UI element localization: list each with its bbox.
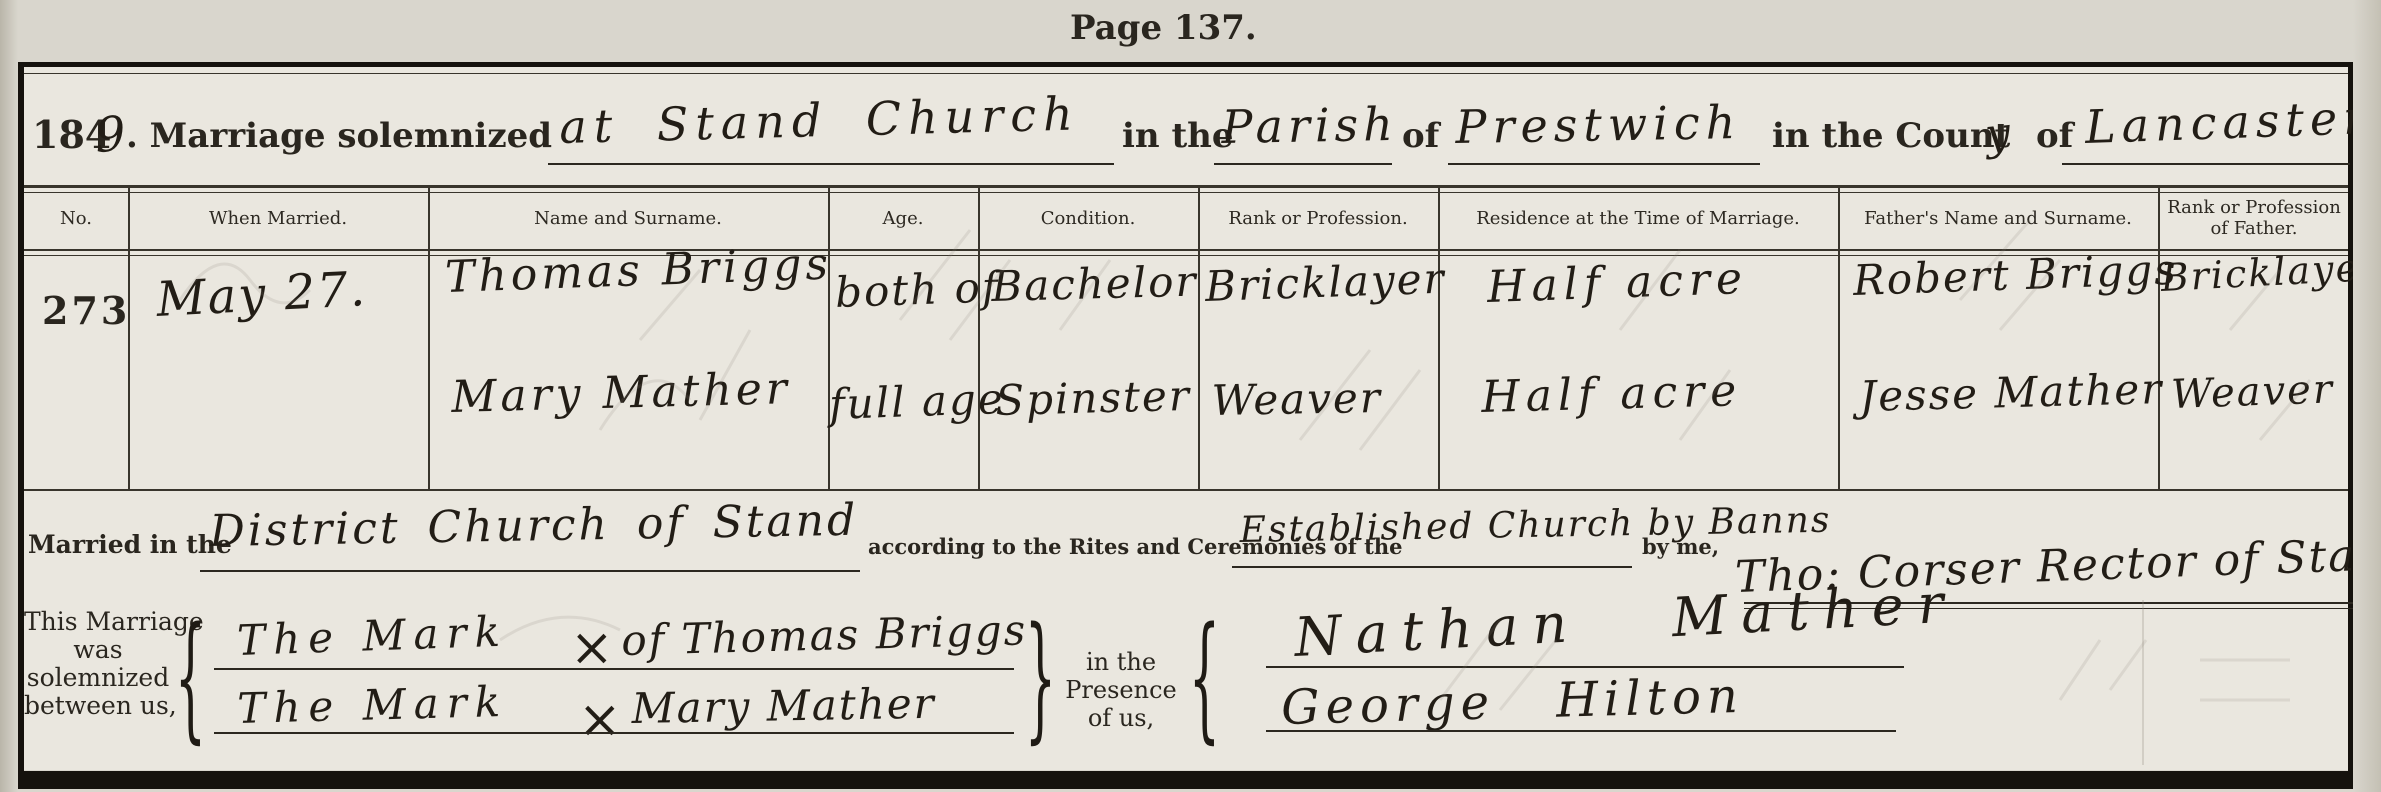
ghost-column-line: [2142, 600, 2144, 765]
marriage-register-page: Page 137. 184 9 . Marriage solemnized at…: [0, 0, 2381, 792]
paper-edge-right: [2353, 0, 2381, 792]
paper-edge-left: [0, 0, 18, 792]
bleed-through-ghost-writing: [0, 0, 2381, 792]
